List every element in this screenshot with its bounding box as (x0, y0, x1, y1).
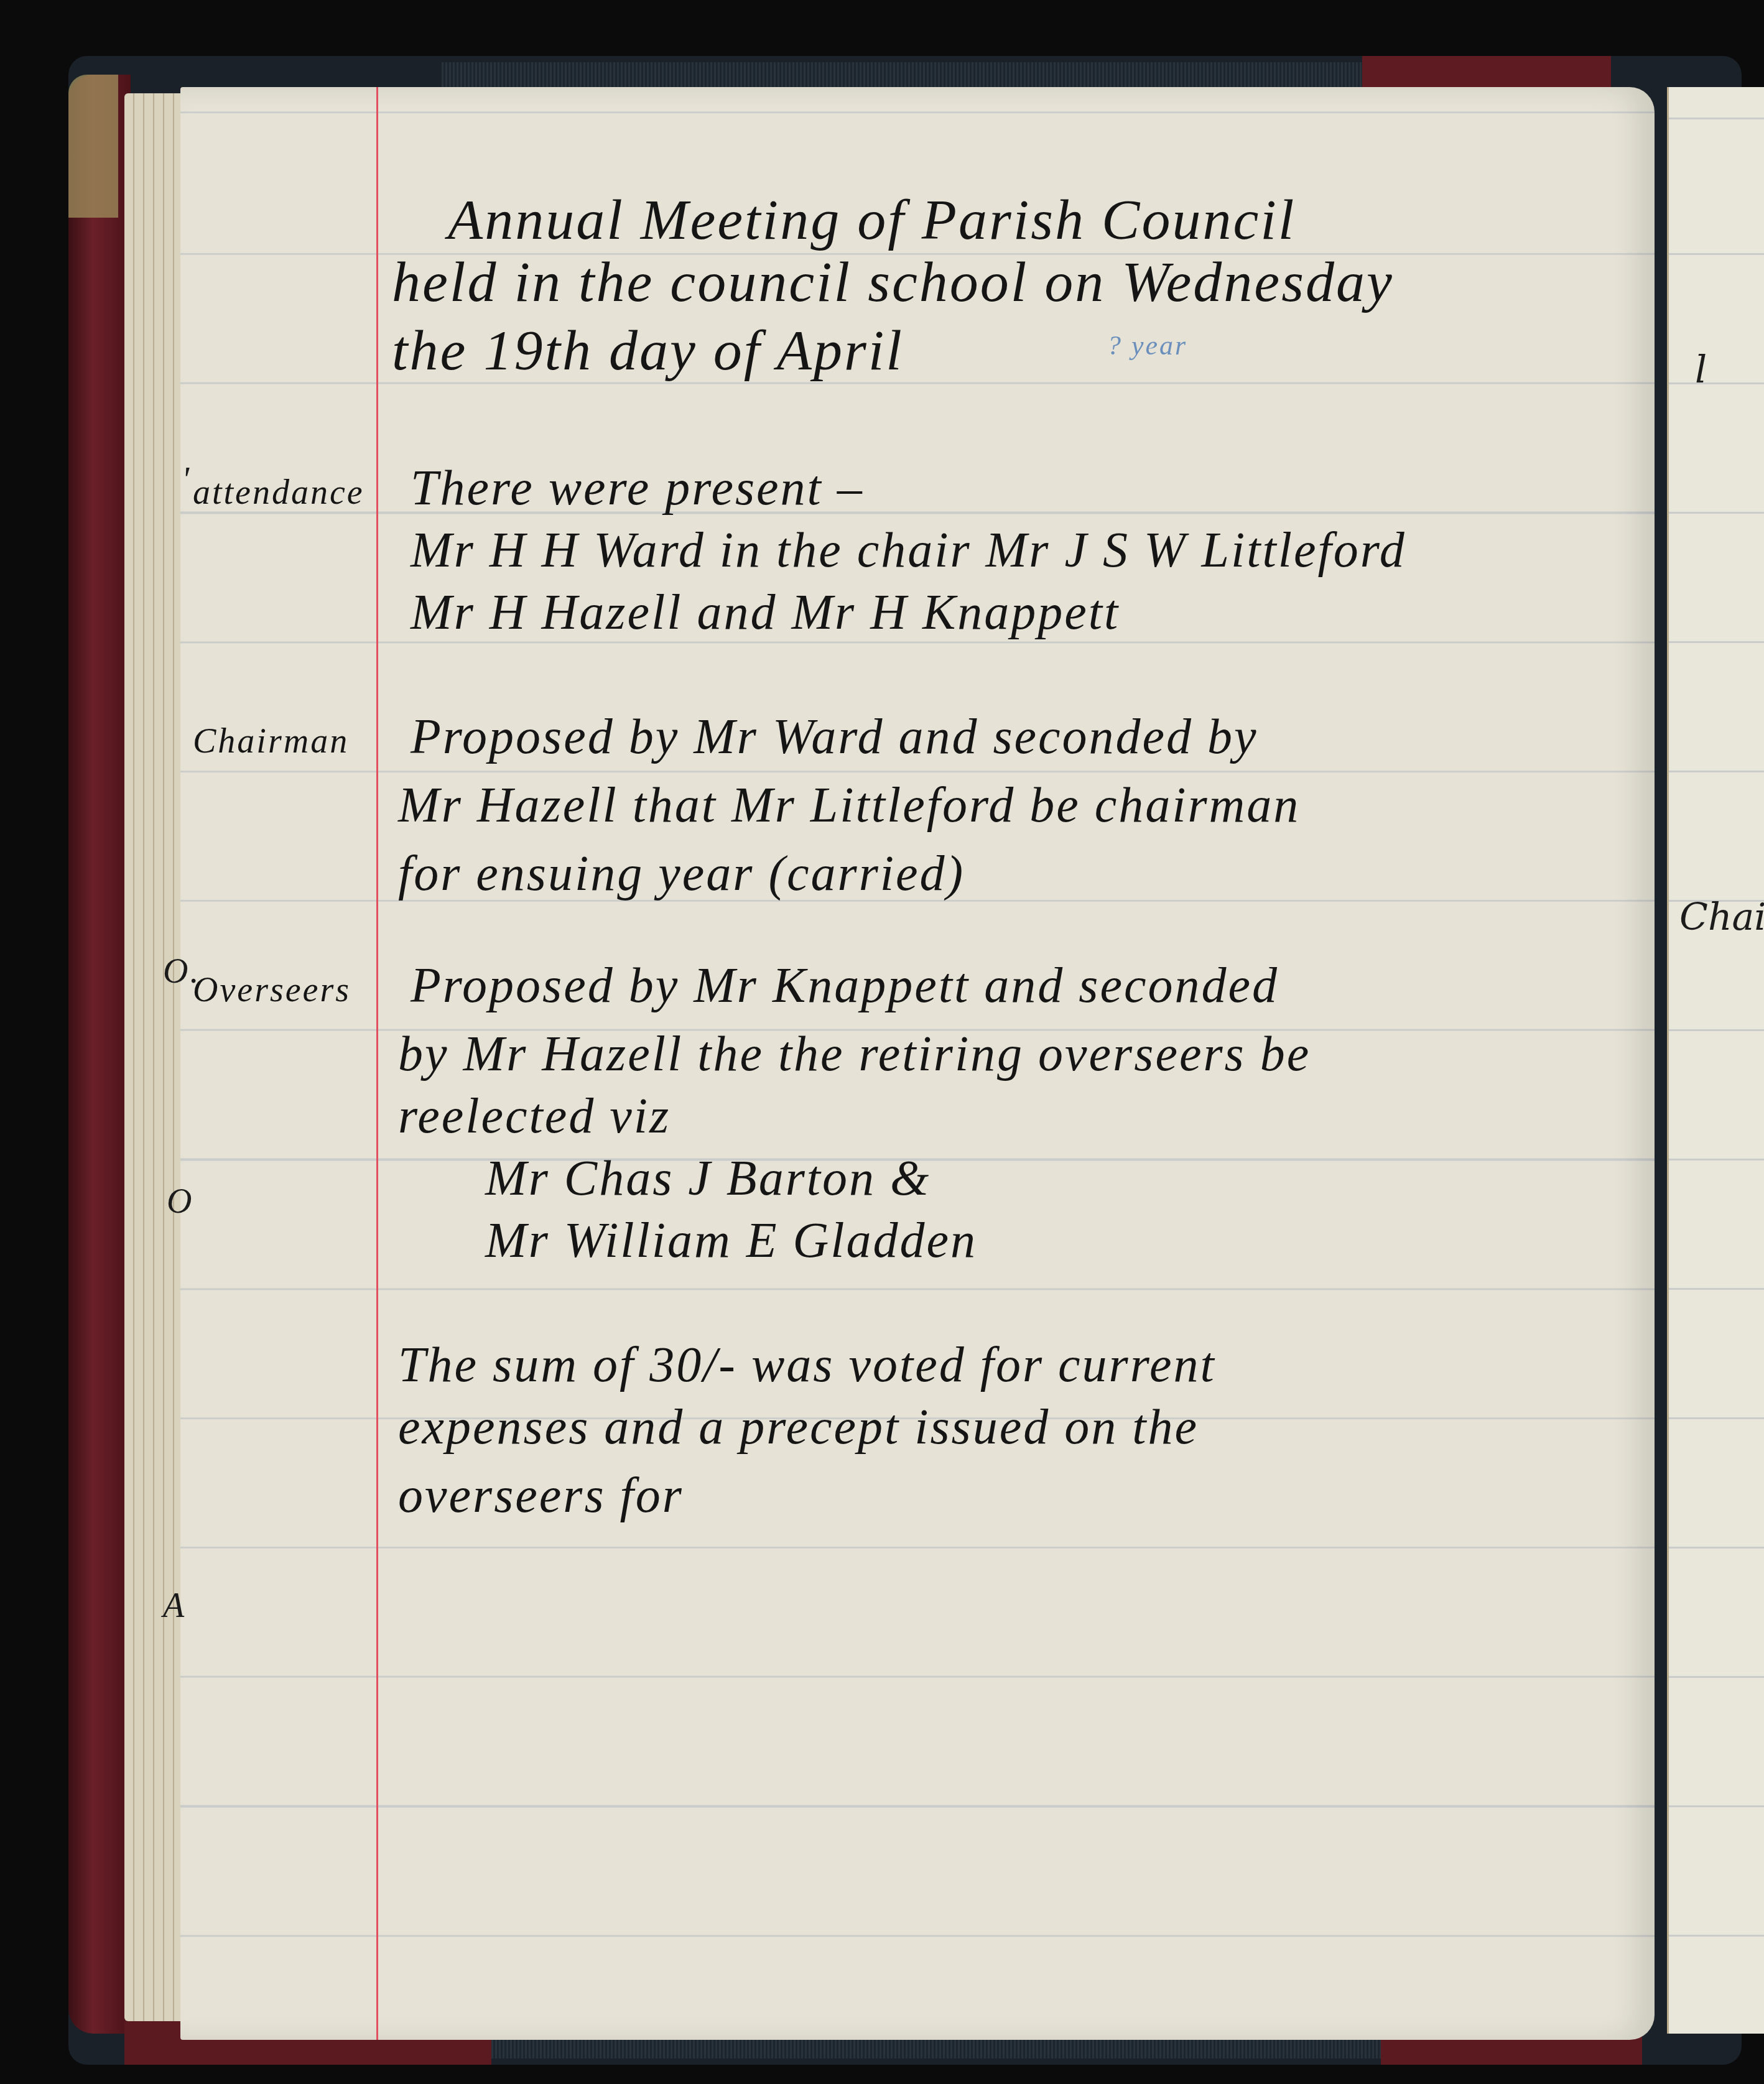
margin-label: attendance (193, 473, 364, 512)
minute-line: Mr H Hazell and Mr H Knappett (411, 585, 1120, 641)
heading-line: held in the council school on Wednesday (392, 249, 1394, 315)
minute-line: reelected viz (398, 1088, 671, 1145)
minute-line: by Mr Hazell the the retiring overseers … (398, 1026, 1311, 1083)
facing-page-fragment: l (1695, 348, 1707, 392)
left-edge-fragment: O (167, 1182, 193, 1221)
left-edge-fragment: ' (182, 460, 191, 500)
leather-binding-edge (68, 75, 131, 2034)
minute-line: expenses and a precept issued on the (398, 1399, 1199, 1456)
heading-line: the 19th day of April (392, 317, 904, 383)
pencil-annotation: ? year (1107, 330, 1187, 361)
minute-line: Proposed by Mr Knappett and seconded (411, 958, 1279, 1014)
margin-label: Chairman (193, 721, 349, 761)
heading-line: Annual Meeting of Parish Council (448, 187, 1296, 252)
margin-label: Overseers (193, 970, 351, 1010)
minute-line: Mr Chas J Barton & (485, 1151, 931, 1207)
minute-line: Mr William E Gladden (485, 1213, 977, 1269)
facing-page-fragment: Chai (1679, 896, 1764, 939)
minute-line: Mr Hazell that Mr Littleford be chairman (398, 777, 1300, 834)
minute-line: for ensuing year (carried) (398, 846, 965, 902)
left-edge-fragment: A (163, 1586, 186, 1626)
minute-line: The sum of 30/- was voted for current (398, 1337, 1216, 1394)
minute-line: Proposed by Mr Ward and seconded by (411, 709, 1258, 766)
minute-line: Mr H H Ward in the chair Mr J S W Little… (411, 522, 1406, 579)
minute-line: There were present – (411, 460, 864, 517)
facing-page (1667, 87, 1764, 2034)
worn-corner (68, 75, 118, 218)
minute-line: overseers for (398, 1468, 684, 1524)
margin-rule (376, 87, 378, 2040)
